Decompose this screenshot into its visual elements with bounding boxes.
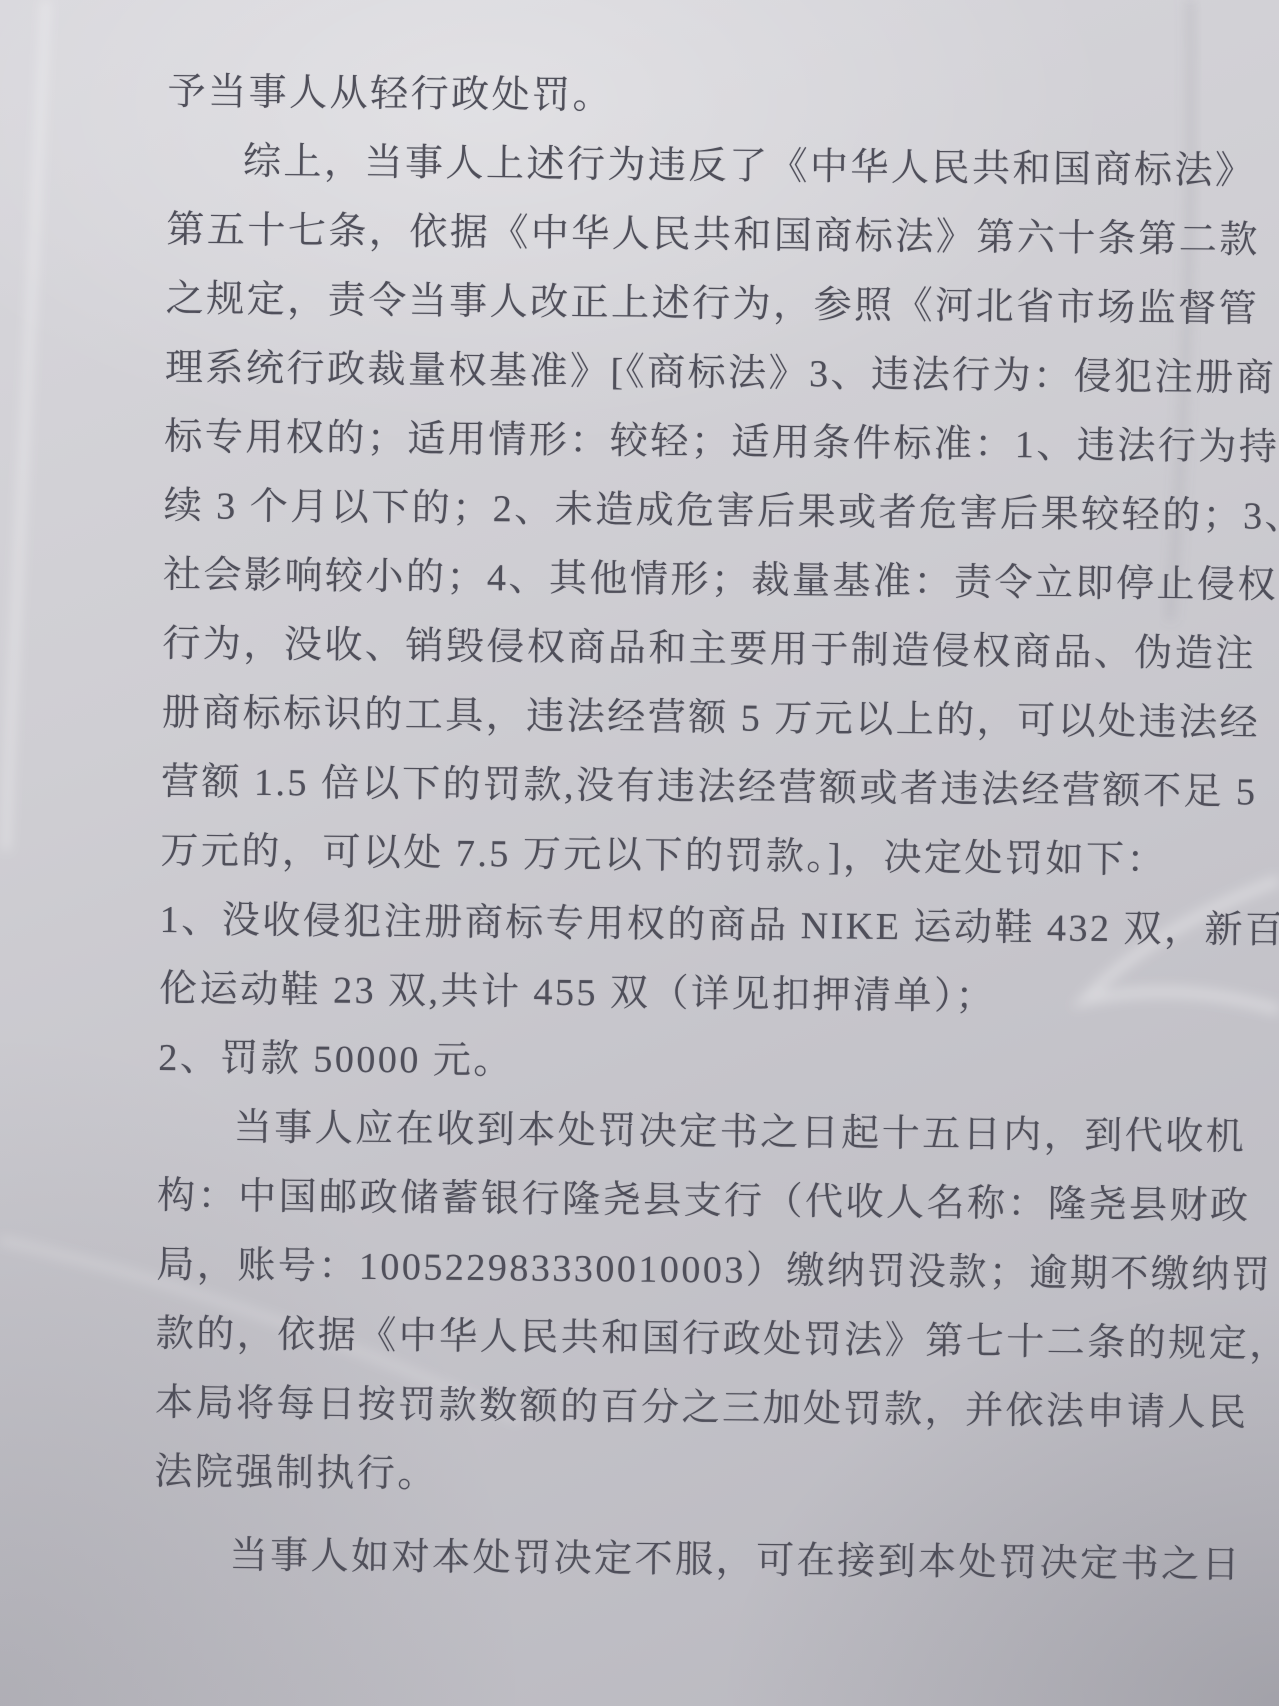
document-photo: 予当事人从轻行政处罚。 综上，当事人上述行为违反了《中华人民共和国商标法》 第五…	[0, 0, 1279, 1706]
document-line: 局，账号：100522983330010003）缴纳罚没款；逾期不缴纳罚	[156, 1231, 1167, 1310]
document-line: 标专用权的；适用情形：较轻；适用条件标准：1、违法行为持	[164, 403, 1175, 482]
document-line: 1、没收侵犯注册商标专用权的商品 NIKE 运动鞋 432 双，新百	[159, 886, 1170, 965]
document-line: 本局将每日按罚款数额的百分之三加处罚款，并依法申请人民	[155, 1369, 1166, 1448]
document-line: 社会影响较小的；4、其他情形；裁量基准：责令立即停止侵权	[163, 541, 1174, 620]
document-line: 伦运动鞋 23 双,共计 455 双（详见扣押清单）；	[159, 955, 1170, 1034]
document-line: 予当事人从轻行政处罚。	[167, 58, 1178, 137]
document-line: 综上，当事人上述行为违反了《中华人民共和国商标法》	[167, 127, 1178, 206]
document-line: 当事人应在收到本处罚决定书之日起十五日内，到代收机	[157, 1093, 1168, 1172]
document-line: 构：中国邮政储蓄银行隆尧县支行（代收人名称：隆尧县财政	[157, 1162, 1168, 1241]
document-line: 当事人如对本处罚决定不服，可在接到本处罚决定书之日	[153, 1521, 1164, 1600]
document-line: 2、罚款 50000 元。	[158, 1024, 1169, 1103]
document-line: 册商标标识的工具，违法经营额 5 万元以上的，可以处违法经	[161, 679, 1172, 758]
document-line: 款的，依据《中华人民共和国行政处罚法》第七十二条的规定，	[155, 1300, 1166, 1379]
document-line: 第五十七条，依据《中华人民共和国商标法》第六十条第二款	[166, 196, 1177, 275]
document-line: 理系统行政裁量权基准》[《商标法》3、违法行为：侵犯注册商	[165, 334, 1176, 413]
document-line: 营额 1.5 倍以下的罚款,没有违法经营额或者违法经营额不足 5	[161, 748, 1172, 827]
document-line: 行为，没收、销毁侵权商品和主要用于制造侵权商品、伪造注	[162, 610, 1173, 689]
document-line: 万元的，可以处 7.5 万元以下的罚款。]，决定处罚如下：	[160, 817, 1171, 896]
document-line: 法院强制执行。	[154, 1438, 1165, 1517]
document-line: 续 3 个月以下的；2、未造成危害后果或者危害后果较轻的；3、	[163, 472, 1174, 551]
document-line: 之规定，责令当事人改正上述行为，参照《河北省市场监督管	[165, 265, 1176, 344]
document-page: 予当事人从轻行政处罚。 综上，当事人上述行为违反了《中华人民共和国商标法》 第五…	[153, 58, 1178, 1600]
